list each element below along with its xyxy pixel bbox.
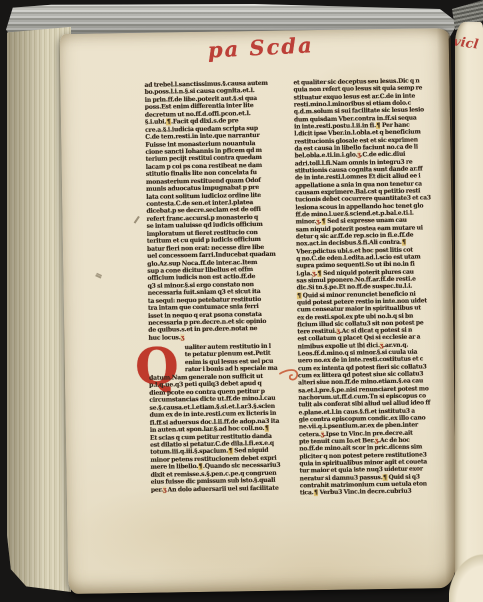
incunabulum-photo: { "palette": { "background": "#171615", …	[0, 0, 483, 602]
margin-pen-mark-icon	[95, 274, 101, 278]
right-text-column: et qualiter sic deceptus seu lesus.Dic q…	[293, 77, 438, 497]
pilcrow-mark: ¶	[317, 270, 322, 277]
red-paraph-mark: ʒ	[321, 431, 324, 438]
text-line: tica.¶ Verbu3 Vinc.in decre.cubriu3	[300, 488, 438, 497]
pilcrow-mark: ¶	[264, 425, 269, 432]
left-column-second-block: datum.Nam generale non sufficit utp.l.q.…	[149, 372, 303, 493]
red-paraph-mark: ʒ	[337, 328, 340, 335]
red-paraph-mark: ʒ	[375, 437, 378, 444]
red-curl-pen-mark-icon	[279, 364, 301, 388]
pilcrow-mark: ¶	[228, 448, 233, 455]
red-paraph-mark: ʒ	[357, 152, 360, 159]
running-head-rubric: pa Scda	[185, 31, 337, 73]
pilcrow-mark: ¶	[321, 218, 326, 225]
pilcrow-mark: ¶	[297, 292, 302, 299]
red-paraph-mark: ʒ	[163, 486, 166, 493]
next-leaf-red-inscription: vicl	[455, 34, 479, 52]
red-paraph-mark: ʒ	[181, 334, 184, 341]
red-paraph-mark: ʒ	[316, 218, 319, 225]
next-leaf-edge: vicl	[455, 22, 483, 602]
red-paraph-mark: ʒ	[380, 342, 383, 349]
open-book-page: pa Scda ad trebel.l.sanctissimus.§.causa…	[60, 28, 458, 594]
pilcrow-mark: ¶	[198, 463, 203, 470]
pilcrow-mark: ¶	[402, 239, 407, 246]
pilcrow-mark: ¶	[376, 122, 381, 129]
pilcrow-mark: ¶	[383, 474, 388, 481]
pilcrow-mark: ¶	[313, 489, 318, 496]
red-paraph-mark: ʒ	[312, 270, 315, 277]
text-line: per.ʒ An dolo aduersarii uel sui facilit…	[151, 484, 303, 494]
pilcrow-mark: ¶	[166, 119, 171, 126]
margin-pen-mark-icon	[134, 216, 140, 223]
left-text-column: ad trebel.l.sanctissimus.§.causa autembo…	[144, 79, 300, 342]
